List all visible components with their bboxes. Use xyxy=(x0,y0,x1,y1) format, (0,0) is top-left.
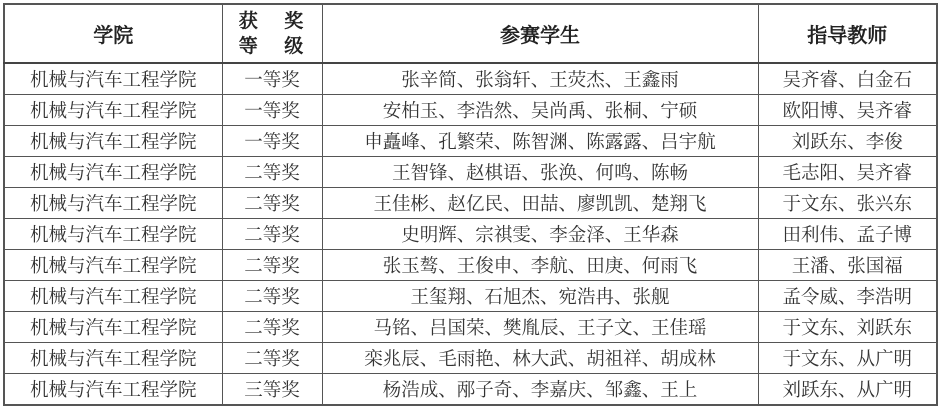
cell-college: 机械与汽车工程学院 xyxy=(4,219,222,250)
cell-college: 机械与汽车工程学院 xyxy=(4,126,222,157)
cell-students: 张玉骜、王俊申、李航、田庚、何雨飞 xyxy=(322,250,758,281)
table-row: 机械与汽车工程学院 二等奖 史明辉、宗祺雯、李金泽、王华森 田利伟、孟子博 xyxy=(4,219,937,250)
table-row: 机械与汽车工程学院 二等奖 王佳彬、赵亿民、田喆、廖凯凯、楚翔飞 于文东、张兴东 xyxy=(4,188,937,219)
cell-award-level: 三等奖 xyxy=(222,374,322,406)
cell-award-level: 二等奖 xyxy=(222,219,322,250)
table-row: 机械与汽车工程学院 二等奖 王玺翔、石旭杰、宛浩冉、张舰 孟令威、李浩明 xyxy=(4,281,937,312)
header-award-level-line2: 等 级 xyxy=(231,34,322,59)
table-row: 机械与汽车工程学院 二等奖 张玉骜、王俊申、李航、田庚、何雨飞 王潘、张国福 xyxy=(4,250,937,281)
cell-award-level: 一等奖 xyxy=(222,95,322,126)
cell-advisors: 于文东、从广明 xyxy=(758,343,937,374)
cell-college: 机械与汽车工程学院 xyxy=(4,188,222,219)
table-row: 机械与汽车工程学院 一等奖 安柏玉、李浩然、吴尚禹、张桐、宁硕 欧阳博、吴齐睿 xyxy=(4,95,937,126)
cell-college: 机械与汽车工程学院 xyxy=(4,281,222,312)
table-row: 机械与汽车工程学院 一等奖 张辛简、张翁轩、王荧杰、王鑫雨 吴齐睿、白金石 xyxy=(4,63,937,95)
cell-students: 杨浩成、邴子奇、李嘉庆、邹鑫、王上 xyxy=(322,374,758,406)
cell-advisors: 孟令威、李浩明 xyxy=(758,281,937,312)
cell-students: 王智锋、赵棋语、张涣、何鸣、陈畅 xyxy=(322,157,758,188)
cell-advisors: 刘跃东、李俊 xyxy=(758,126,937,157)
cell-award-level: 二等奖 xyxy=(222,343,322,374)
header-advisors: 指导教师 xyxy=(758,4,937,63)
cell-college: 机械与汽车工程学院 xyxy=(4,250,222,281)
cell-award-level: 二等奖 xyxy=(222,157,322,188)
cell-students: 安柏玉、李浩然、吴尚禹、张桐、宁硕 xyxy=(322,95,758,126)
cell-students: 栾兆辰、毛雨艳、林大武、胡祖祥、胡成林 xyxy=(322,343,758,374)
table-row: 机械与汽车工程学院 二等奖 栾兆辰、毛雨艳、林大武、胡祖祥、胡成林 于文东、从广… xyxy=(4,343,937,374)
cell-award-level: 一等奖 xyxy=(222,126,322,157)
cell-advisors: 毛志阳、吴齐睿 xyxy=(758,157,937,188)
table-row: 机械与汽车工程学院 一等奖 申矗峰、孔繁荣、陈智渊、陈露露、吕宇航 刘跃东、李俊 xyxy=(4,126,937,157)
cell-students: 史明辉、宗祺雯、李金泽、王华森 xyxy=(322,219,758,250)
cell-college: 机械与汽车工程学院 xyxy=(4,343,222,374)
cell-students: 王玺翔、石旭杰、宛浩冉、张舰 xyxy=(322,281,758,312)
cell-award-level: 二等奖 xyxy=(222,281,322,312)
cell-advisors: 于文东、张兴东 xyxy=(758,188,937,219)
table-row: 机械与汽车工程学院 二等奖 马铭、吕国荣、樊胤辰、王子文、王佳瑶 于文东、刘跃东 xyxy=(4,312,937,343)
header-award-level: 获 奖 等 级 xyxy=(222,4,322,63)
cell-advisors: 于文东、刘跃东 xyxy=(758,312,937,343)
cell-advisors: 田利伟、孟子博 xyxy=(758,219,937,250)
cell-students: 张辛简、张翁轩、王荧杰、王鑫雨 xyxy=(322,63,758,95)
cell-advisors: 吴齐睿、白金石 xyxy=(758,63,937,95)
header-row: 学院 获 奖 等 级 参赛学生 指导教师 xyxy=(4,4,937,63)
header-college: 学院 xyxy=(4,4,222,63)
cell-students: 王佳彬、赵亿民、田喆、廖凯凯、楚翔飞 xyxy=(322,188,758,219)
awards-table: 学院 获 奖 等 级 参赛学生 指导教师 机械与汽车工程学院 一等奖 张辛简、张… xyxy=(3,3,938,406)
cell-award-level: 二等奖 xyxy=(222,188,322,219)
cell-advisors: 欧阳博、吴齐睿 xyxy=(758,95,937,126)
cell-students: 申矗峰、孔繁荣、陈智渊、陈露露、吕宇航 xyxy=(322,126,758,157)
cell-award-level: 二等奖 xyxy=(222,312,322,343)
cell-college: 机械与汽车工程学院 xyxy=(4,312,222,343)
cell-college: 机械与汽车工程学院 xyxy=(4,95,222,126)
header-students: 参赛学生 xyxy=(322,4,758,63)
table-row: 机械与汽车工程学院 三等奖 杨浩成、邴子奇、李嘉庆、邹鑫、王上 刘跃东、从广明 xyxy=(4,374,937,406)
cell-students: 马铭、吕国荣、樊胤辰、王子文、王佳瑶 xyxy=(322,312,758,343)
table-row: 机械与汽车工程学院 二等奖 王智锋、赵棋语、张涣、何鸣、陈畅 毛志阳、吴齐睿 xyxy=(4,157,937,188)
cell-award-level: 二等奖 xyxy=(222,250,322,281)
header-award-level-line1: 获 奖 xyxy=(231,9,322,34)
cell-college: 机械与汽车工程学院 xyxy=(4,374,222,406)
cell-award-level: 一等奖 xyxy=(222,63,322,95)
cell-college: 机械与汽车工程学院 xyxy=(4,157,222,188)
cell-advisors: 刘跃东、从广明 xyxy=(758,374,937,406)
cell-advisors: 王潘、张国福 xyxy=(758,250,937,281)
cell-college: 机械与汽车工程学院 xyxy=(4,63,222,95)
